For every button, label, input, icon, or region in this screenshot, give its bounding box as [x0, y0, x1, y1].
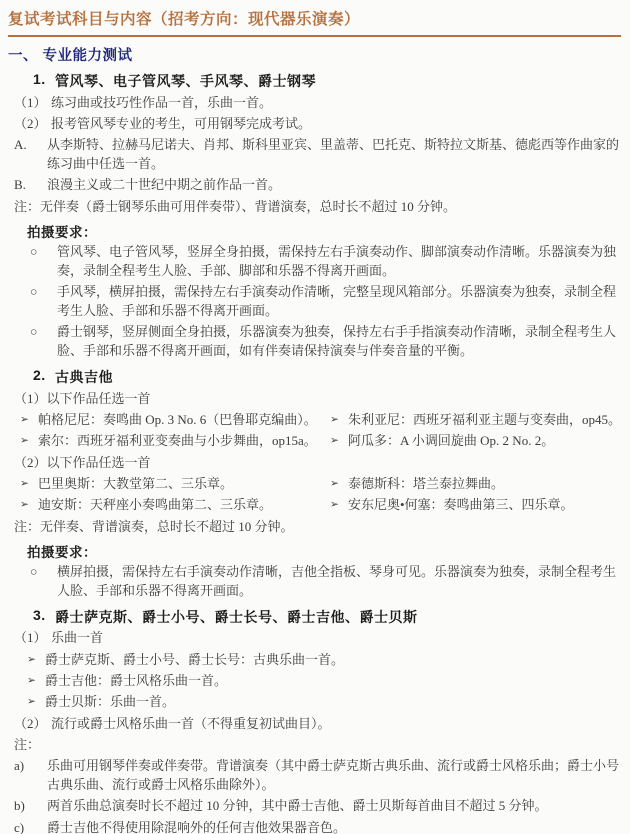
document-page: 复试考试科目与内容（招考方向：现代器乐演奏） 一、 专业能力测试 1. 管风琴、…: [0, 0, 630, 834]
repertoire-item: ➢ 迪安斯：天秤座小奏鸣曲第二、三乐章。: [20, 496, 330, 515]
section-1-number: 1.: [33, 71, 55, 91]
circle-bullet-icon: ○: [30, 284, 57, 301]
list-item: （1） 练习曲或技巧性作品一首，乐曲一首。: [14, 94, 621, 113]
item-marker: （1）: [14, 94, 51, 113]
section-1-title: 管风琴、电子管风琴、手风琴、爵士钢琴: [55, 71, 316, 91]
list-item: B. 浪漫主义或二十世纪中期之前作品一首。: [14, 176, 621, 195]
list-item: c) 爵士吉他不得使用除混响外的任何吉他效果器音色。: [14, 819, 621, 834]
item-text: 两首乐曲总演奏时长不超过 10 分钟，其中爵士吉他、爵士贝斯每首曲目不超过 5 …: [47, 797, 621, 816]
item-text: 爵士吉他：爵士风格乐曲一首。: [45, 672, 621, 691]
item-text: 乐曲可用钢琴伴奏或伴奏带。背谱演奏（其中爵士萨克斯古典乐曲、流行或爵士风格乐曲；…: [47, 757, 621, 795]
list-item: ➢ 爵士吉他：爵士风格乐曲一首。: [27, 672, 621, 691]
arrow-bullet-icon: ➢: [330, 412, 348, 427]
list-item: （2） 报考管风琴专业的考生，可用钢琴完成考试。: [14, 115, 621, 134]
item-text: 爵士贝斯：乐曲一首。: [45, 693, 621, 712]
arrow-bullet-icon: ➢: [20, 477, 38, 492]
section-3-number: 3.: [33, 607, 55, 627]
item-text: 帕格尼尼：奏鸣曲 Op. 3 No. 6（巴鲁耶克编曲）。: [38, 411, 317, 430]
repertoire-item: ➢ 帕格尼尼：奏鸣曲 Op. 3 No. 6（巴鲁耶克编曲）。: [20, 411, 330, 430]
repertoire-row: ➢ 迪安斯：天秤座小奏鸣曲第二、三乐章。 ➢ 安东尼奥•何塞：奏鸣曲第三、四乐章…: [20, 496, 621, 515]
item-marker: a): [14, 757, 47, 776]
arrow-bullet-icon: ➢: [330, 434, 348, 449]
item-text: 朱利亚尼：西班牙福利亚主题与变奏曲，op45。: [348, 411, 621, 430]
document-title: 复试考试科目与内容（招考方向：现代器乐演奏）: [8, 5, 621, 37]
arrow-bullet-icon: ➢: [330, 477, 348, 492]
arrow-bullet-icon: ➢: [20, 498, 38, 513]
item-marker: （1）: [14, 629, 51, 648]
note-line: 注：无伴奏（爵士钢琴乐曲可用伴奏带）、背谱演奏，总时长不超过 10 分钟。: [14, 198, 621, 217]
item-text: 浪漫主义或二十世纪中期之前作品一首。: [47, 176, 621, 195]
repertoire-row: ➢ 帕格尼尼：奏鸣曲 Op. 3 No. 6（巴鲁耶克编曲）。 ➢ 朱利亚尼：西…: [20, 411, 621, 430]
item-text: 安东尼奥•何塞：奏鸣曲第三、四乐章。: [348, 496, 574, 515]
item-text: 爵士萨克斯、爵士小号、爵士长号：古典乐曲一首。: [45, 651, 621, 670]
item-marker: A.: [14, 136, 47, 155]
part-heading: 一、 专业能力测试: [8, 44, 621, 65]
item-text: 乐曲一首: [51, 629, 621, 648]
list-item: b) 两首乐曲总演奏时长不超过 10 分钟，其中爵士吉他、爵士贝斯每首曲目不超过…: [14, 797, 621, 816]
group-label: （2）以下作品任选一首: [14, 454, 621, 473]
item-marker: c): [14, 819, 47, 834]
item-text: 迪安斯：天秤座小奏鸣曲第二、三乐章。: [38, 496, 272, 515]
section-2-number: 2.: [33, 367, 55, 387]
item-text: 练习曲或技巧性作品一首，乐曲一首。: [51, 94, 621, 113]
note-label: 注：: [14, 736, 621, 755]
item-text: 阿瓜多：A 小调回旋曲 Op. 2 No. 2。: [348, 432, 554, 451]
item-text: 索尔：西班牙福利亚变奏曲与小步舞曲，op15a。: [38, 432, 317, 451]
repertoire-item: ➢ 泰德斯科：塔兰泰拉舞曲。: [330, 475, 621, 494]
arrow-bullet-icon: ➢: [27, 673, 45, 688]
shooting-requirements-heading: 拍摄要求：: [27, 221, 621, 241]
section-2-heading: 2. 古典吉他: [33, 367, 621, 387]
section-3-heading: 3. 爵士萨克斯、爵士小号、爵士长号、爵士吉他、爵士贝斯: [33, 607, 621, 627]
circle-bullet-icon: ○: [30, 324, 57, 341]
list-item: A. 从李斯特、拉赫马尼诺夫、肖邦、斯科里亚宾、里盖蒂、巴托克、斯特拉文斯基、德…: [14, 136, 621, 174]
list-item: （1） 乐曲一首: [14, 629, 621, 648]
section-1-heading: 1. 管风琴、电子管风琴、手风琴、爵士钢琴: [33, 71, 621, 91]
list-item: ➢ 爵士萨克斯、爵士小号、爵士长号：古典乐曲一首。: [27, 651, 621, 670]
list-item: ○ 爵士钢琴，竖屏侧面全身拍摄，乐器演奏为独奏，保持左右手手指演奏动作清晰，录制…: [30, 323, 621, 361]
item-text: 横屏拍摄，需保持左右手演奏动作清晰，吉他全指板、琴身可见。乐器演奏为独奏，录制全…: [57, 563, 621, 601]
item-text: 泰德斯科：塔兰泰拉舞曲。: [348, 475, 504, 494]
item-text: 报考管风琴专业的考生，可用钢琴完成考试。: [51, 115, 621, 134]
circle-bullet-icon: ○: [30, 244, 57, 261]
repertoire-row: ➢ 巴里奥斯：大教堂第二、三乐章。 ➢ 泰德斯科：塔兰泰拉舞曲。: [20, 475, 621, 494]
repertoire-item: ➢ 巴里奥斯：大教堂第二、三乐章。: [20, 475, 330, 494]
item-marker: B.: [14, 176, 47, 195]
item-text: 爵士吉他不得使用除混响外的任何吉他效果器音色。: [47, 819, 621, 834]
list-item: ○ 管风琴、电子管风琴，竖屏全身拍摄，需保持左右手演奏动作、脚部演奏动作清晰。乐…: [30, 243, 621, 281]
item-marker: （2）: [14, 115, 51, 134]
item-text: 从李斯特、拉赫马尼诺夫、肖邦、斯科里亚宾、里盖蒂、巴托克、斯特拉文斯基、德彪西等…: [47, 136, 621, 174]
repertoire-item: ➢ 索尔：西班牙福利亚变奏曲与小步舞曲，op15a。: [20, 432, 330, 451]
list-item: ➢ 爵士贝斯：乐曲一首。: [27, 693, 621, 712]
item-text: 爵士钢琴，竖屏侧面全身拍摄，乐器演奏为独奏，保持左右手手指演奏动作清晰，录制全程…: [57, 323, 621, 361]
section-2-title: 古典吉他: [55, 367, 113, 387]
repertoire-row: ➢ 索尔：西班牙福利亚变奏曲与小步舞曲，op15a。 ➢ 阿瓜多：A 小调回旋曲…: [20, 432, 621, 451]
list-item: （2） 流行或爵士风格乐曲一首（不得重复初试曲目）。: [14, 715, 621, 734]
arrow-bullet-icon: ➢: [27, 652, 45, 667]
list-item: ○ 手风琴，横屏拍摄，需保持左右手演奏动作清晰，完整呈现风箱部分。乐器演奏为独奏…: [30, 283, 621, 321]
item-text: 手风琴，横屏拍摄，需保持左右手演奏动作清晰，完整呈现风箱部分。乐器演奏为独奏，录…: [57, 283, 621, 321]
arrow-bullet-icon: ➢: [20, 434, 38, 449]
section-3-title: 爵士萨克斯、爵士小号、爵士长号、爵士吉他、爵士贝斯: [55, 607, 418, 627]
list-item: a) 乐曲可用钢琴伴奏或伴奏带。背谱演奏（其中爵士萨克斯古典乐曲、流行或爵士风格…: [14, 757, 621, 795]
item-marker: （2）: [14, 715, 51, 734]
item-text: 巴里奥斯：大教堂第二、三乐章。: [38, 475, 233, 494]
repertoire-item: ➢ 朱利亚尼：西班牙福利亚主题与变奏曲，op45。: [330, 411, 621, 430]
shooting-requirements-heading: 拍摄要求：: [27, 541, 621, 561]
note-line: 注：无伴奏、背谱演奏，总时长不超过 10 分钟。: [14, 518, 621, 537]
circle-bullet-icon: ○: [30, 564, 57, 581]
list-item: ○ 横屏拍摄，需保持左右手演奏动作清晰，吉他全指板、琴身可见。乐器演奏为独奏，录…: [30, 563, 621, 601]
group-label: （1）以下作品任选一首: [14, 390, 621, 409]
arrow-bullet-icon: ➢: [20, 412, 38, 427]
arrow-bullet-icon: ➢: [330, 498, 348, 513]
arrow-bullet-icon: ➢: [27, 695, 45, 710]
repertoire-item: ➢ 阿瓜多：A 小调回旋曲 Op. 2 No. 2。: [330, 432, 621, 451]
item-text: 流行或爵士风格乐曲一首（不得重复初试曲目）。: [51, 715, 621, 734]
item-text: 管风琴、电子管风琴，竖屏全身拍摄，需保持左右手演奏动作、脚部演奏动作清晰。乐器演…: [57, 243, 621, 281]
repertoire-item: ➢ 安东尼奥•何塞：奏鸣曲第三、四乐章。: [330, 496, 621, 515]
item-marker: b): [14, 797, 47, 816]
